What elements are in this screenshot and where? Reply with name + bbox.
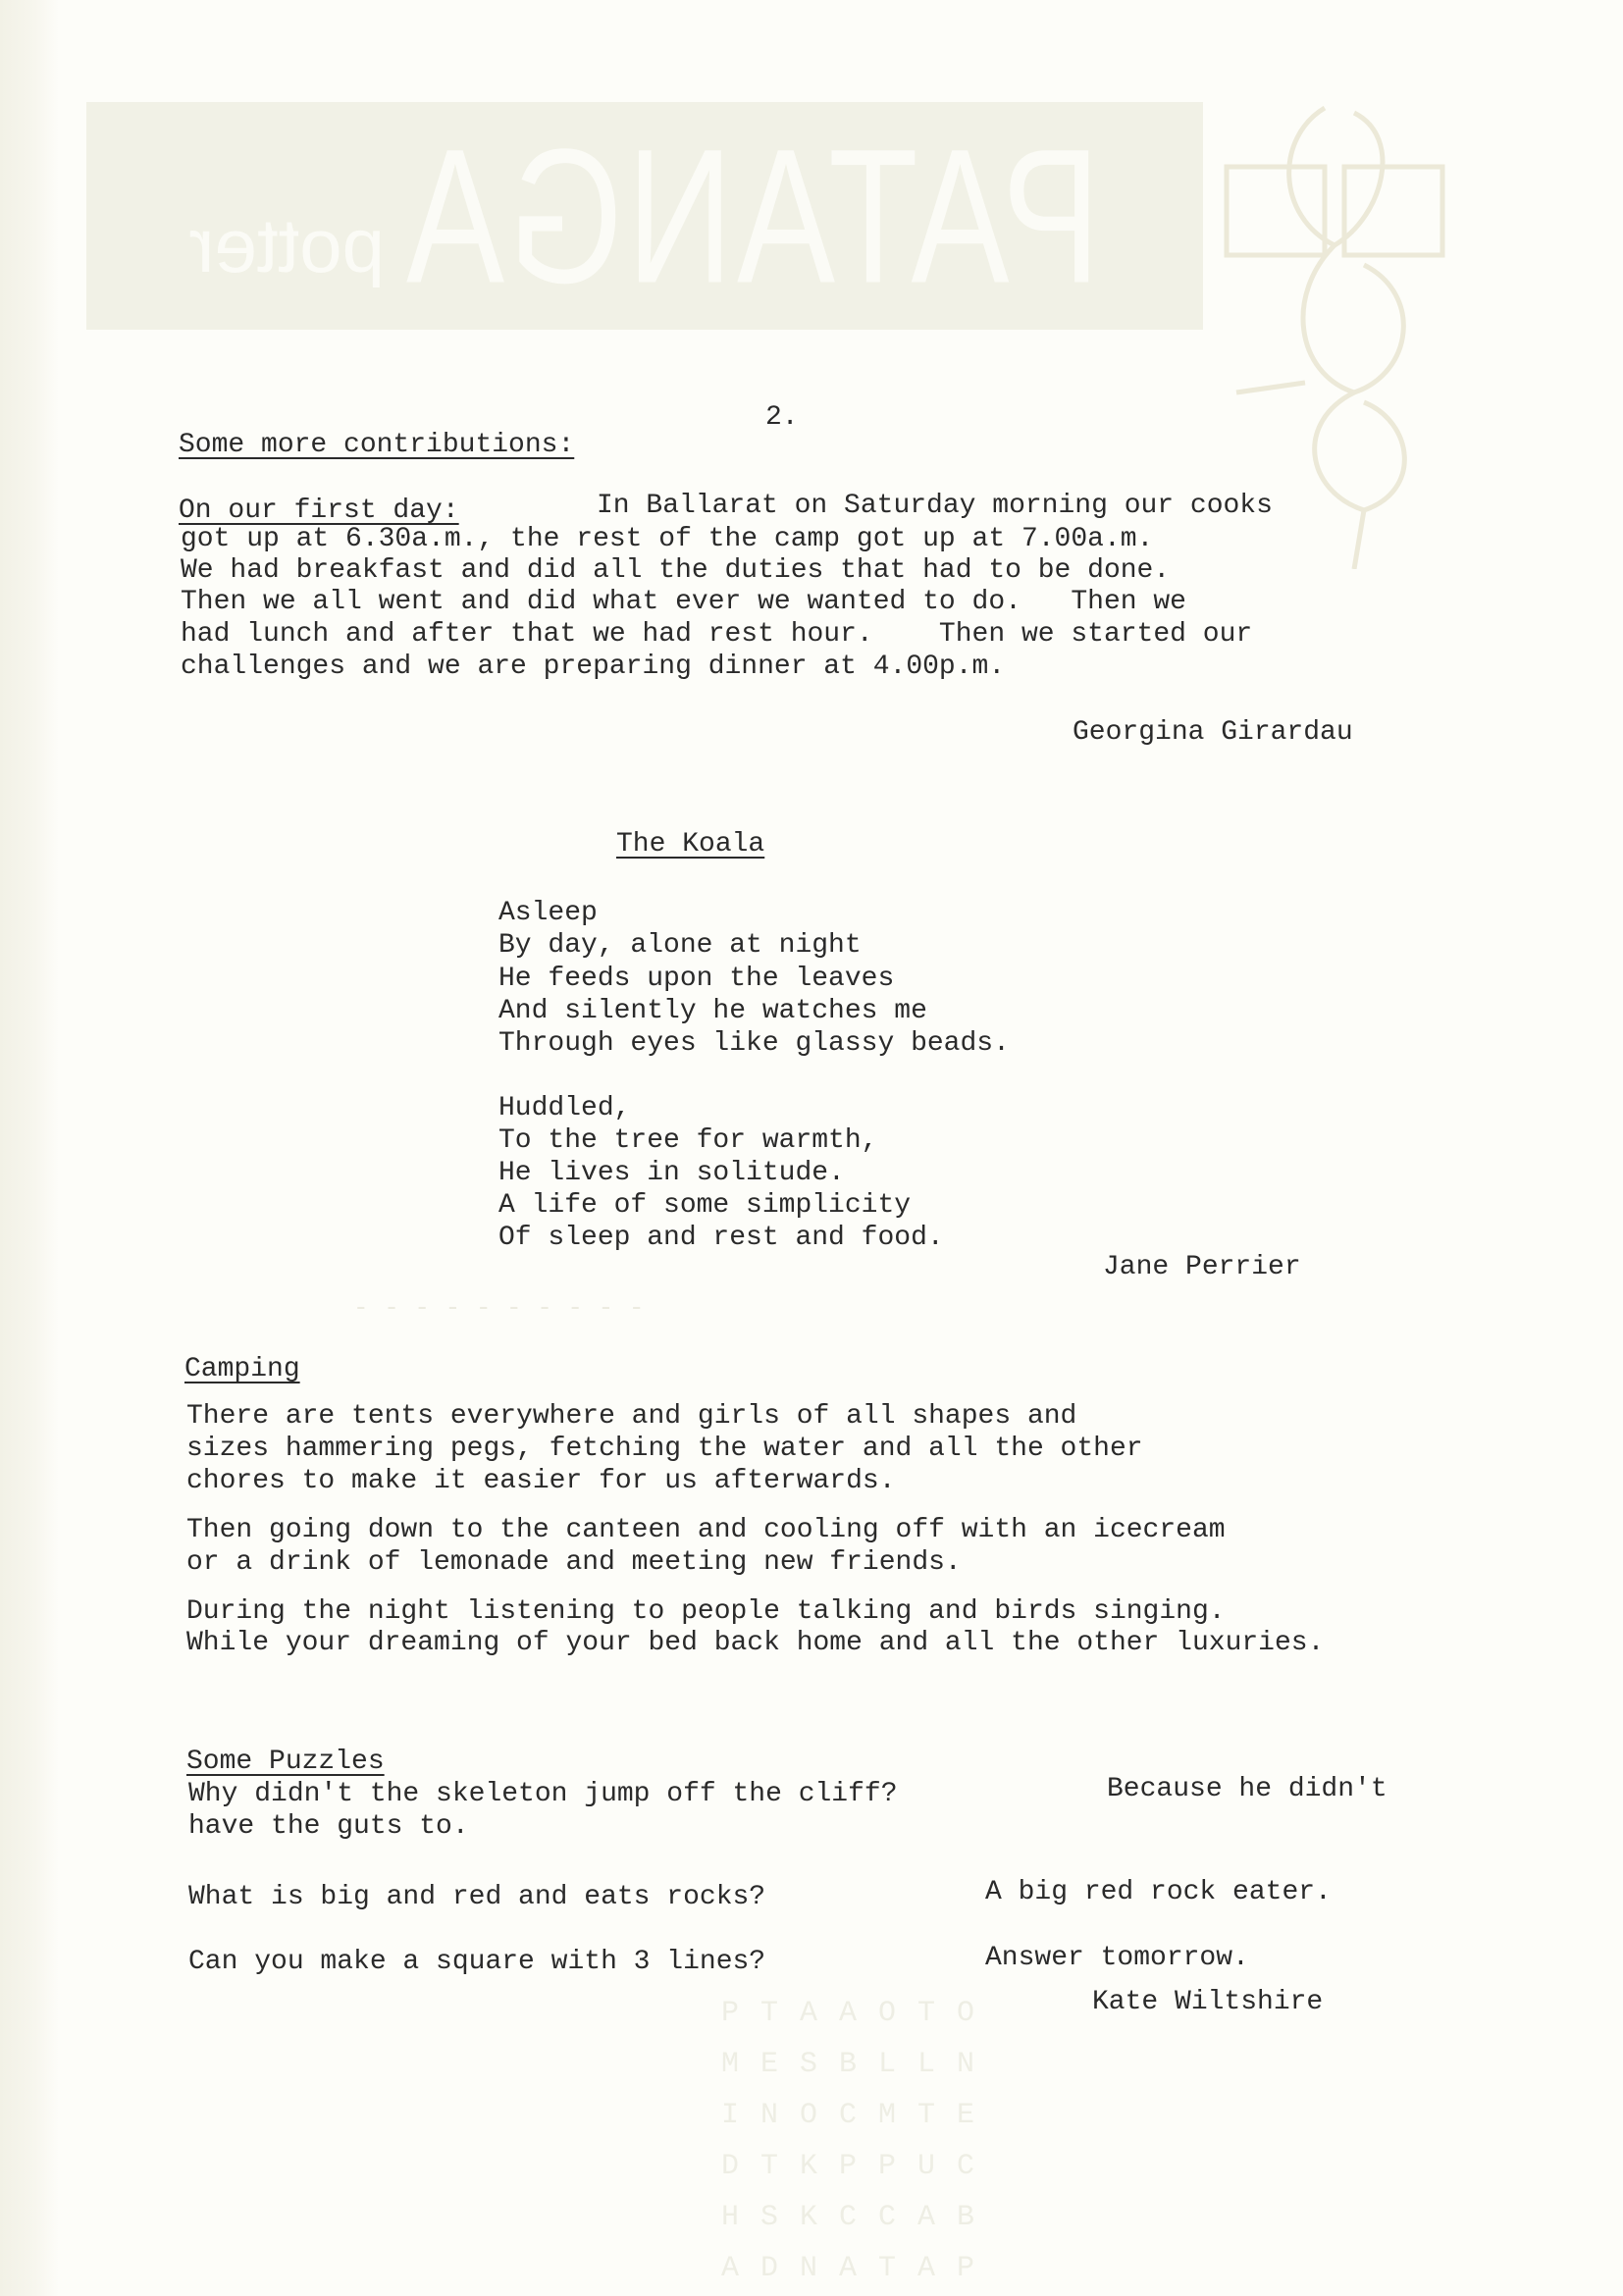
first-day-line: had lunch and after that we had rest hou…	[181, 619, 1252, 651]
poem-line: To the tree for warmth,	[498, 1125, 877, 1157]
first-day-line: Then we all went and did what ever we wa…	[181, 587, 1186, 618]
camping-line: While your dreaming of your bed back hom…	[186, 1628, 1324, 1659]
first-day-line: In Ballarat on Saturday morning our cook…	[597, 491, 1273, 522]
first-day-line: got up at 6.30a.m., the rest of the camp…	[181, 524, 1153, 555]
puzzles-author: Kate Wiltshire	[1092, 1987, 1323, 2018]
poem-line: Asleep	[498, 898, 598, 929]
masthead-subtitle: potter	[189, 201, 385, 290]
first-day-line: We had breakfast and did all the duties …	[181, 555, 1170, 587]
poem-line: By day, alone at night	[498, 930, 862, 962]
camping-line: Then going down to the canteen and cooli…	[186, 1515, 1226, 1546]
poem-line: And silently he watches me	[498, 996, 927, 1027]
puzzle-answer: Because he didn't	[1107, 1774, 1387, 1805]
puzzle-answer: A big red rock eater.	[985, 1877, 1332, 1908]
puzzle-answer-continued: have the guts to.	[188, 1811, 469, 1843]
masthead-banner: PATANGA potter	[86, 102, 1203, 330]
puzzle-question: Can you make a square with 3 lines?	[188, 1947, 765, 1978]
poem-line: Of sleep and rest and food.	[498, 1223, 944, 1254]
poem-title: The Koala	[616, 829, 764, 861]
section-heading: Some more contributions:	[179, 430, 574, 461]
first-day-line: challenges and we are preparing dinner a…	[181, 652, 1005, 683]
poem-line: Huddled,	[498, 1093, 630, 1124]
camping-line: or a drink of lemonade and meeting new f…	[186, 1547, 962, 1579]
camping-line: During the night listening to people tal…	[186, 1596, 1226, 1628]
puzzle-question: Why didn't the skeleton jump off the cli…	[188, 1779, 898, 1810]
poem-line: A life of some simplicity	[498, 1190, 911, 1222]
poem-line: Through eyes like glassy beads.	[498, 1028, 1010, 1060]
poem-author: Jane Perrier	[1103, 1252, 1301, 1283]
poem-line: He feeds upon the leaves	[498, 964, 894, 995]
masthead-title: PATANGA	[402, 106, 1100, 327]
camping-line: There are tents everywhere and girls of …	[186, 1401, 1076, 1433]
show-through-letter-grid: PTAAOTO MESBLLN INOCMTE DTKPPUC HSKCCAB …	[721, 1997, 996, 2285]
puzzles-title: Some Puzzles	[186, 1747, 385, 1778]
camping-line: chores to make it easier for us afterwar…	[186, 1466, 896, 1497]
divider-line: - - - - - - - - - -	[353, 1293, 644, 1323]
puzzle-question: What is big and red and eats rocks?	[188, 1882, 765, 1913]
first-day-label: On our first day:	[179, 496, 459, 527]
page-number: 2.	[765, 402, 799, 434]
puzzle-answer: Answer tomorrow.	[985, 1943, 1249, 1974]
poem-line: He lives in solitude.	[498, 1158, 845, 1189]
camping-line: sizes hammering pegs, fetching the water…	[186, 1434, 1143, 1465]
scan-edge-shadow	[0, 0, 59, 2296]
camping-title: Camping	[184, 1354, 300, 1385]
first-day-author: Georgina Girardau	[1073, 717, 1353, 749]
